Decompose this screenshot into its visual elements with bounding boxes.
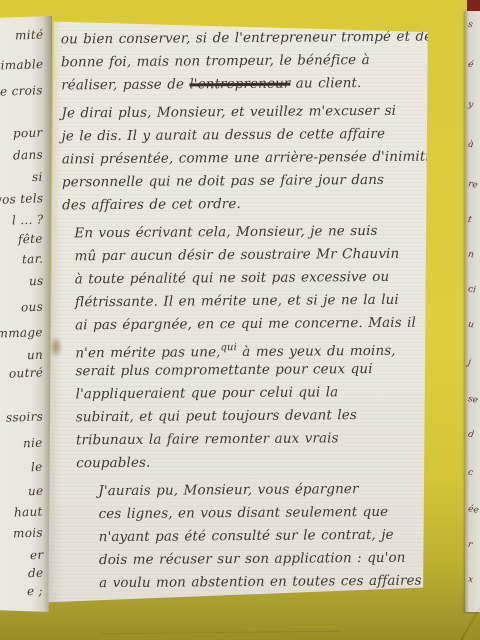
handwriting-segment: personnelle qui ne doit pas se faire jou…	[62, 172, 384, 191]
paragraph: ou bien conserver, si de l'entrepreneur …	[61, 26, 425, 98]
left-page-fragment: mité	[14, 28, 43, 43]
handwritten-line: J'aurais pu, Monsieur, vous épargner	[64, 478, 427, 504]
photo-of-handwritten-letter: mitéstimablene croispourdanssivos telsl …	[0, 0, 480, 640]
left-page-fragment: pour	[13, 125, 43, 140]
left-page-fragment: ous	[21, 300, 43, 315]
left-page-fragment: us	[28, 274, 43, 288]
right-sheet-fragment: t	[467, 215, 472, 225]
handwritten-line: des affaires de cet ordre.	[62, 192, 425, 218]
left-page-fragment: le	[31, 460, 43, 474]
handwritten-line: personnelle qui ne doit pas se faire jou…	[62, 169, 425, 195]
handwriting-segment: dois me récuser sur son application : qu…	[99, 550, 406, 568]
left-page-fragment: tar.	[21, 252, 43, 267]
left-page-fragment: ue	[27, 484, 43, 499]
left-page-fragment: fête	[18, 232, 43, 247]
handwriting-segment: ou bien conserver, si de l'entrepreneur …	[61, 29, 433, 48]
handwriting-segment: des affaires de cet ordre.	[62, 196, 241, 213]
handwritten-line: bonne foi, mais non trompeur, le bénéfic…	[61, 49, 424, 75]
handwritten-line: je le dis. Il y aurait au dessus de cett…	[62, 123, 425, 149]
handwritten-line: serait plus compromettante pour ceux qui	[63, 358, 426, 384]
handwritten-line: mû par aucun désir de soustraire Mr Chau…	[62, 243, 425, 269]
handwritten-line: En vous écrivant cela, Monsieur, je ne s…	[62, 220, 425, 246]
handwriting-segment: au client.	[290, 75, 361, 92]
struck-word: l'entrepreneur	[189, 76, 290, 93]
handwriting-segment: flétrissante. Il en mérite une, et si je…	[75, 292, 399, 311]
handwriting-segment: subirait, et qui peut toujours devant le…	[76, 407, 357, 425]
handwritten-line: ou bien conserver, si de l'entrepreneur …	[61, 26, 424, 52]
left-page-fragment: nie	[23, 436, 43, 451]
right-sheet-fragment: se	[467, 394, 479, 406]
background-crease	[100, 631, 340, 635]
left-page-fragment: dans	[13, 147, 43, 162]
right-sheet-fragment: n	[467, 250, 474, 261]
handwritten-line: tribunaux la faire remonter aux vrais	[64, 427, 427, 453]
handwriting-segment: a voulu mon abstention en toutes ces aff…	[99, 573, 422, 592]
right-sheet-fragment: u	[467, 320, 474, 331]
ink-stain	[49, 336, 63, 358]
right-sheet-fragment: é	[467, 60, 474, 71]
left-page-fragment: si	[32, 170, 43, 184]
left-page-fragment: l ... ?	[11, 212, 43, 227]
handwriting-segment: En vous écrivant cela, Monsieur, je ne s…	[74, 223, 377, 241]
handwriting-segment: à toute pénalité qui ne soit pas excessi…	[75, 269, 390, 287]
right-sheet-fragment: c	[467, 468, 474, 479]
handwriting-segment: ces lignes, en vous disant seulement que	[99, 504, 389, 522]
handwriting-segment: bonne foi, mais non trompeur, le bénéfic…	[61, 52, 370, 70]
left-page-fragment: haut	[14, 505, 43, 520]
handwritten-line: subirait, et qui peut toujours devant le…	[64, 404, 427, 430]
handwritten-line: à toute pénalité qui ne soit pas excessi…	[63, 266, 426, 292]
paragraph: En vous écrivant cela, Monsieur, je ne s…	[62, 220, 427, 476]
left-page-fragment: e ;	[27, 584, 43, 599]
left-page-fragment: vos tels	[0, 191, 43, 207]
left-page-fragment: un	[27, 348, 44, 363]
right-sheet-fragment: re	[467, 179, 478, 191]
handwritten-line: n'en mérite pas une,qui à mes yeux du mo…	[63, 335, 426, 361]
red-paper-corner	[467, 0, 480, 11]
handwriting-segment: ainsi présentée, comme une arrière-pensé…	[62, 148, 438, 167]
right-sheet-fragment: à	[467, 140, 474, 151]
handwritten-line: a voulu mon abstention en toutes ces aff…	[65, 570, 428, 596]
handwriting-segment: coupables.	[76, 455, 150, 472]
previous-page-edge: mitéstimablene croispourdanssivos telsl …	[0, 16, 52, 612]
right-sheet-fragment: x	[467, 575, 474, 586]
handwritten-line: réaliser, passe de l'entrepreneur au cli…	[61, 72, 424, 98]
handwritten-line: ainsi présentée, comme une arrière-pensé…	[62, 146, 425, 172]
right-sheet-fragment: r	[467, 540, 473, 551]
left-page-fragment: er	[29, 548, 43, 562]
handwriting-segment: Je dirai plus, Monsieur, et veuillez m'e…	[61, 103, 396, 122]
handwritten-line: coupables.	[64, 450, 427, 476]
left-page-fragment: outré	[9, 365, 44, 380]
left-page-fragment: de	[27, 566, 43, 581]
handwriting-segment: mû par aucun désir de soustraire Mr Chau…	[74, 246, 399, 265]
right-sheet-fragment: ée	[467, 504, 479, 516]
right-sheet-fragment: d	[467, 430, 474, 441]
handwritten-line: ces lignes, en vous disant seulement que	[64, 501, 427, 527]
left-page-fragment: ne crois	[0, 83, 43, 99]
right-sheet-fragment: y	[467, 100, 474, 111]
handwritten-line: flétrissante. Il en mérite une, et si je…	[63, 289, 426, 315]
right-sheet-fragment: j	[467, 358, 471, 368]
handwriting-segment: je le dis. Il y aurait au dessus de cett…	[62, 126, 386, 145]
handwriting-segment: J'aurais pu, Monsieur, vous épargner	[98, 481, 358, 499]
paragraph: J'aurais pu, Monsieur, vous épargnerces …	[64, 478, 428, 596]
left-page-fragment: stimable	[0, 57, 43, 73]
handwriting-segment: l'appliqueraient que pour celui qui la	[76, 384, 339, 402]
left-page-fragment: ssoirs	[6, 409, 44, 424]
handwritten-line: l'appliqueraient que pour celui qui la	[64, 381, 427, 407]
left-page-fragment: ommage	[0, 325, 43, 341]
handwriting-segment: tribunaux la faire remonter aux vrais	[76, 430, 339, 448]
handwriting-segment: n'ayant pas été consulté sur le contrat,…	[99, 527, 394, 545]
handwriting-segment: serait plus compromettante pour ceux qui	[75, 361, 372, 379]
handwritten-line: Je dirai plus, Monsieur, et veuillez m'e…	[61, 100, 424, 126]
handwriting-segment: ai pas épargnée, en ce qui me concerne. …	[75, 315, 416, 334]
handwriting-segment: qui	[220, 342, 236, 353]
letter-page: ou bien conserver, si de l'entrepreneur …	[46, 18, 434, 604]
letter-text: ou bien conserver, si de l'entrepreneur …	[61, 26, 428, 601]
paragraph: Je dirai plus, Monsieur, et veuillez m'e…	[61, 100, 425, 218]
right-sheet-fragment: ci	[467, 284, 477, 295]
right-sheet-fragment: s	[467, 20, 473, 31]
adjacent-sheet-edge: séyàretnciujsedcéerx	[465, 10, 480, 612]
handwritten-line: ai pas épargnée, en ce qui me concerne. …	[63, 312, 426, 338]
left-page-fragment: mois	[13, 525, 43, 540]
handwriting-segment: réaliser, passe de	[61, 76, 189, 93]
handwritten-line: dois me récuser sur son application : qu…	[65, 547, 428, 573]
handwritten-line: n'ayant pas été consulté sur le contrat,…	[65, 524, 428, 550]
